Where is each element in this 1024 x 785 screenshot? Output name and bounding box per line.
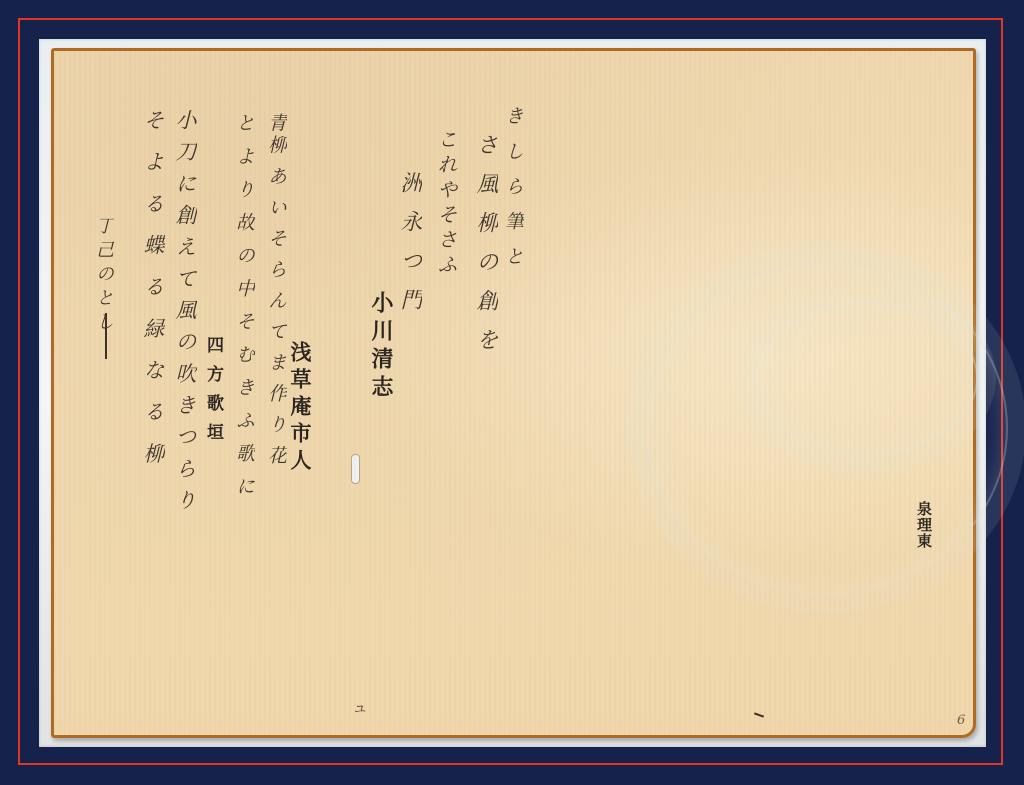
artist-signature: 泉理東 — [916, 501, 931, 549]
poem-column-7: 青柳 あ い そ ら ん て ま 作 り 花 — [266, 113, 285, 467]
poem-column-8: と よ り 故 の 中 そ む き ふ 歌 に — [234, 113, 253, 499]
poem-column-5: き し ら 筆 と — [503, 106, 522, 270]
print-paper: き し ら 筆 と さ 風 柳 の 創 を これやそさふ 洲 永 つ 門 小川清… — [51, 48, 976, 738]
date-stroke — [105, 313, 107, 359]
poem-column-2: 洲 永 つ 門 — [398, 171, 420, 315]
date-column: 丁己のとし — [94, 216, 112, 336]
embossed-motif-detail — [754, 301, 978, 455]
corner-number: 6 — [957, 713, 965, 728]
poem-column-11: そ よ る 蝶 る 緑 な る 柳 — [142, 109, 163, 470]
ink-dot — [380, 393, 383, 396]
poem-author-yomo: 四方歌垣 — [204, 336, 221, 452]
poem-column-10: 小 刀 に 創 え て 風 の 吹 き つ ら り — [174, 109, 195, 512]
poem-column-3: これやそさふ — [436, 129, 456, 279]
paper-tear — [351, 454, 360, 484]
bottom-ink-mark: ユ — [354, 700, 366, 717]
ink-speck — [754, 712, 764, 717]
poem-column-4: さ 風 柳 の 創 を — [474, 133, 496, 355]
poem-author-ogawa: 小川清志 — [370, 291, 392, 403]
poem-author-asakusaan: 浅草庵市人 — [290, 341, 311, 476]
